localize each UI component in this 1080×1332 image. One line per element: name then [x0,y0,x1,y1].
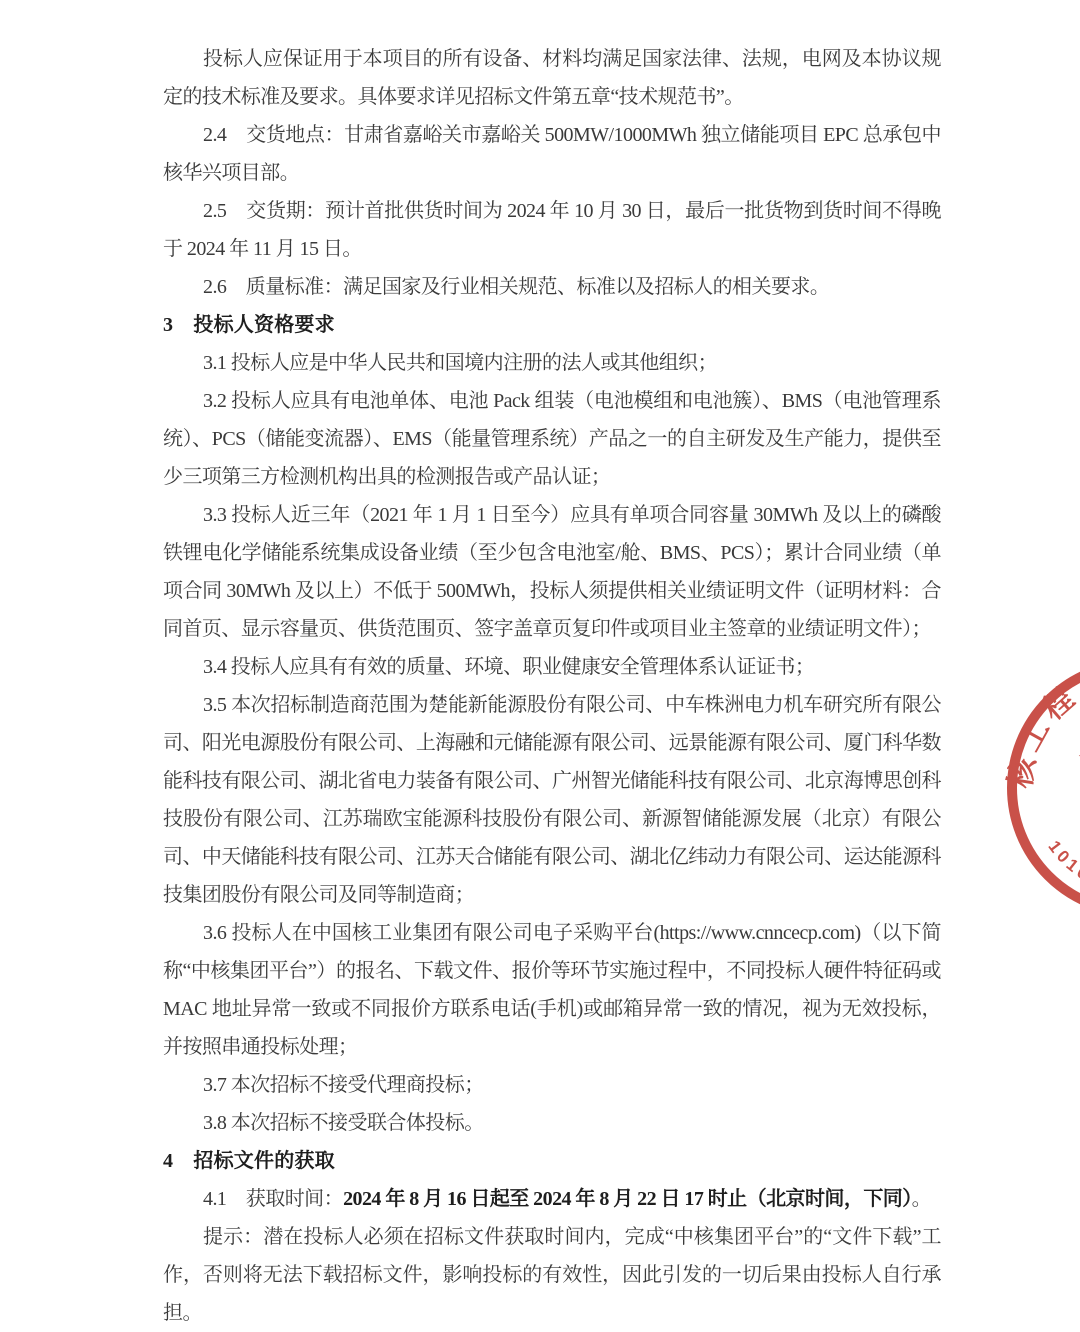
paragraph: 3.3 投标人近三年（2021 年 1 月 1 日至今）应具有单项合同容量 30… [163,496,941,648]
seal-ring [1012,664,1080,912]
text-run: 2.6 质量标准：满足国家及行业相关规范、标准以及招标人的相关要求。 [203,276,829,298]
text-run: 3.3 投标人近三年（2021 年 1 月 1 日至今）应具有单项合同容量 30… [163,504,941,640]
text-run: 3.4 投标人应具有有效的质量、环境、职业健康安全管理体系认证证书； [203,656,814,678]
text-run: 3.6 投标人在中国核工业集团有限公司电子采购平台(https://www.cn… [163,922,941,1058]
seal-star-icon [1063,710,1080,853]
text-run: 2.4 交货地点：甘肃省嘉峪关市嘉峪关 500MW/1000MWh 独立储能项目… [163,124,941,184]
text-run: 2024 年 8 月 16 日起至 2024 年 8 月 22 日 17 时止（… [343,1188,912,1210]
text-run: 4.1 获取时间： [203,1188,343,1210]
paragraph: 2.5 交货期：预计首批供货时间为 2024 年 10 月 30 日，最后一批货… [163,192,941,268]
paragraph: 3.1 投标人应是中华人民共和国境内注册的法人或其他组织； [163,344,941,382]
section-heading: 4 招标文件的获取 [163,1142,941,1180]
svg-text:10105: 10105 [1044,837,1080,891]
svg-text:核工程: 核工程 [1004,678,1080,790]
text-run: 3.5 本次招标制造商范围为楚能新能源股份有限公司、中车株洲电力机车研究所有限公… [163,694,941,906]
text-run: 提示：潜在投标人必须在招标文件获取时间内，完成“中核集团平台”的“文件下载”工作… [163,1226,941,1324]
paragraph: 2.6 质量标准：满足国家及行业相关规范、标准以及招标人的相关要求。 [163,268,941,306]
paragraph: 4.1 获取时间：2024 年 8 月 16 日起至 2024 年 8 月 22… [163,1180,941,1218]
paragraph: 3.2 投标人应具有电池单体、电池 Pack 组装（电池模组和电池簇）、BMS（… [163,382,941,496]
text-run: 3.2 投标人应具有电池单体、电池 Pack 组装（电池模组和电池簇）、BMS（… [163,390,941,488]
text-run: 4 招标文件的获取 [163,1150,335,1172]
red-seal-stamp: 核工程 10105 [1002,650,1080,930]
paragraph: 投标人应保证用于本项目的所有设备、材料均满足国家法律、法规，电网及本协议规定的技… [163,40,941,116]
paragraph: 3.8 本次招标不接受联合体投标。 [163,1104,941,1142]
text-run: 2.5 交货期：预计首批供货时间为 2024 年 10 月 30 日，最后一批货… [163,200,941,260]
text-run: 3.8 本次招标不接受联合体投标。 [203,1112,484,1134]
text-run: 3.1 投标人应是中华人民共和国境内注册的法人或其他组织； [203,352,717,374]
document-content: 投标人应保证用于本项目的所有设备、材料均满足国家法律、法规，电网及本协议规定的技… [163,40,941,1332]
section-heading: 3 投标人资格要求 [163,306,941,344]
text-run: 3.7 本次招标不接受代理商投标； [203,1074,484,1096]
document-page: 投标人应保证用于本项目的所有设备、材料均满足国家法律、法规，电网及本协议规定的技… [0,0,1080,1332]
seal-serial-digits: 10105 [1044,837,1080,891]
text-run: 3 投标人资格要求 [163,314,335,336]
seal-arc-text: 核工程 [1004,678,1080,790]
paragraph: 提示：潜在投标人必须在招标文件获取时间内，完成“中核集团平台”的“文件下载”工作… [163,1218,941,1332]
text-run: 。 [912,1188,931,1210]
text-run: 投标人应保证用于本项目的所有设备、材料均满足国家法律、法规，电网及本协议规定的技… [163,48,941,108]
paragraph: 3.4 投标人应具有有效的质量、环境、职业健康安全管理体系认证证书； [163,648,941,686]
paragraph: 2.4 交货地点：甘肃省嘉峪关市嘉峪关 500MW/1000MWh 独立储能项目… [163,116,941,192]
paragraph: 3.5 本次招标制造商范围为楚能新能源股份有限公司、中车株洲电力机车研究所有限公… [163,686,941,914]
paragraph: 3.6 投标人在中国核工业集团有限公司电子采购平台(https://www.cn… [163,914,941,1066]
paragraph: 3.7 本次招标不接受代理商投标； [163,1066,941,1104]
